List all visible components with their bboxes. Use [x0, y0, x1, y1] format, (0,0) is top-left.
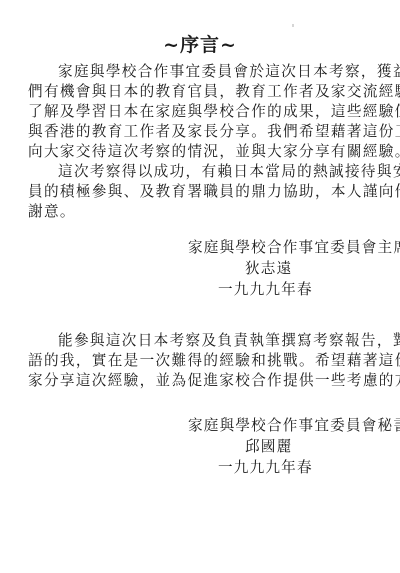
text-line: 家庭與學校合作事宜委員會於這次日本考察，獲益良多。我: [28, 62, 374, 82]
text-line: 了解及學習日本在家庭與學校合作的成果，這些經驗值得廣泛地: [28, 102, 374, 122]
text-line: 向大家交待這次考察的情況，並與大家分享有關經驗。: [28, 142, 374, 162]
paragraph-secretary-note: 能參與這次日本考察及負責執筆撰寫考察報告，對於略黯日 語的我，實在是一次難得的經…: [28, 331, 374, 391]
document-page: ~序言~ 家庭與學校合作事宜委員會於這次日本考察，獲益良多。我 們有機會與日本的…: [0, 0, 400, 573]
signature-role: 家庭與學校合作事宜委員會主席: [0, 237, 400, 258]
signature-date: 一九九九年春: [0, 279, 400, 300]
signature-name: 邱國麗: [0, 436, 400, 457]
signature-name: 狄志遠: [0, 258, 400, 279]
text-line: 謝意。: [28, 202, 374, 222]
signature-date: 一九九九年春: [0, 457, 400, 478]
signature-chairman: 家庭與學校合作事宜委員會主席 狄志遠 一九九九年春: [0, 237, 400, 300]
scan-speck: [292, 24, 294, 27]
text-line: 家分享這次經驗，並為促進家校合作提供一些考慮的方向。: [28, 371, 374, 391]
text-line: 與香港的教育工作者及家長分享。我們希望藉著這份工作報告，: [28, 122, 374, 142]
text-line: 員的積極參與、及教育署職員的鼎力協助，本人謹向他們致衷心: [28, 182, 374, 202]
text-line: 能參與這次日本考察及負責執筆撰寫考察報告，對於略黯日: [28, 331, 374, 351]
text-line: 這次考察得以成功，有賴日本當局的熱誠接待與安排、各委: [28, 162, 374, 182]
paragraph-intro: 家庭與學校合作事宜委員會於這次日本考察，獲益良多。我 們有機會與日本的教育官員，…: [28, 62, 374, 162]
text-line: 語的我，實在是一次難得的經驗和挑戰。希望藉著這份報告和大: [28, 351, 374, 371]
text-line: 們有機會與日本的教育官員，教育工作者及家交流經驗，進一步: [28, 82, 374, 102]
paragraph-thanks: 這次考察得以成功，有賴日本當局的熱誠接待與安排、各委 員的積極參與、及教育署職員…: [28, 162, 374, 222]
signature-secretary: 家庭與學校合作事宜委員會秘書 邱國麗 一九九九年春: [0, 415, 400, 478]
signature-role: 家庭與學校合作事宜委員會秘書: [0, 415, 400, 436]
page-title: ~序言~: [0, 30, 400, 57]
